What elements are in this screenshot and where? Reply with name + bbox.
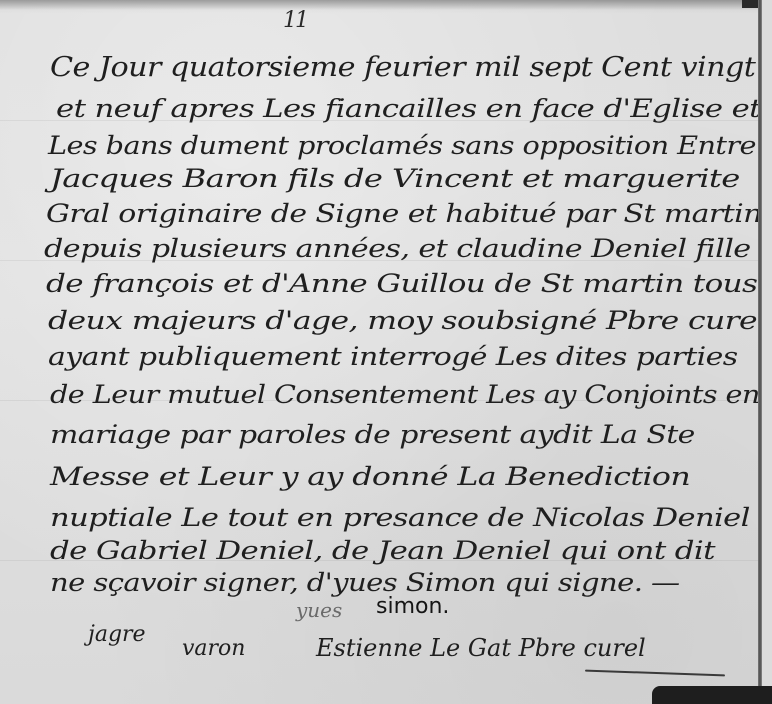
right-margin: [762, 0, 772, 704]
record-line-10: de Leur mutuel Consentement Les ay Conjo…: [50, 380, 760, 409]
record-line-11: mariage par paroles de present aydit La …: [50, 420, 695, 449]
signature-officiant: Estienne Le Gat Pbre curel: [316, 634, 646, 662]
record-line-2: et neuf apres Les fiancailles en face d'…: [56, 94, 761, 123]
record-line-12: Messe et Leur y ay donné La Benediction: [50, 462, 690, 491]
record-line-5: Gral originaire de Signe et habitué par …: [46, 199, 762, 228]
record-line-1: Ce Jour quatorsieme feurier mil sept Cen…: [50, 52, 755, 83]
record-line-13: nuptiale Le tout en presance de Nicolas …: [50, 503, 750, 532]
viewer-overlay-panel: [652, 686, 772, 704]
signature-flourish: [585, 670, 725, 677]
record-line-7: de françois et d'Anne Guillou de St mart…: [46, 269, 757, 298]
signature-jacques-first: jagre: [88, 622, 146, 647]
record-line-14: de Gabriel Deniel, de Jean Deniel qui on…: [50, 536, 715, 565]
record-line-3: Les bans dument proclamés sans oppositio…: [48, 131, 756, 160]
record-line-4: Jacques Baron fils de Vincent et marguer…: [50, 164, 740, 193]
record-line-9: ayant publiquement interrogé Les dites p…: [48, 342, 738, 371]
folio-number: 11: [283, 8, 307, 33]
scanned-register-page: 11 Ce Jour quatorsieme feurier mil sept …: [0, 0, 772, 704]
signature-yves-prefix: yues: [296, 598, 342, 622]
page-top-shadow: [0, 0, 772, 10]
signature-jacques-last: varon: [182, 636, 245, 661]
record-line-6: depuis plusieurs années, et claudine Den…: [44, 234, 751, 263]
signature-yves-simon: simon.: [376, 594, 449, 619]
record-line-15: ne sçavoir signer, d'yues Simon qui sign…: [50, 568, 679, 597]
record-line-8: deux majeurs d'age, moy soubsigné Pbre c…: [48, 306, 767, 335]
